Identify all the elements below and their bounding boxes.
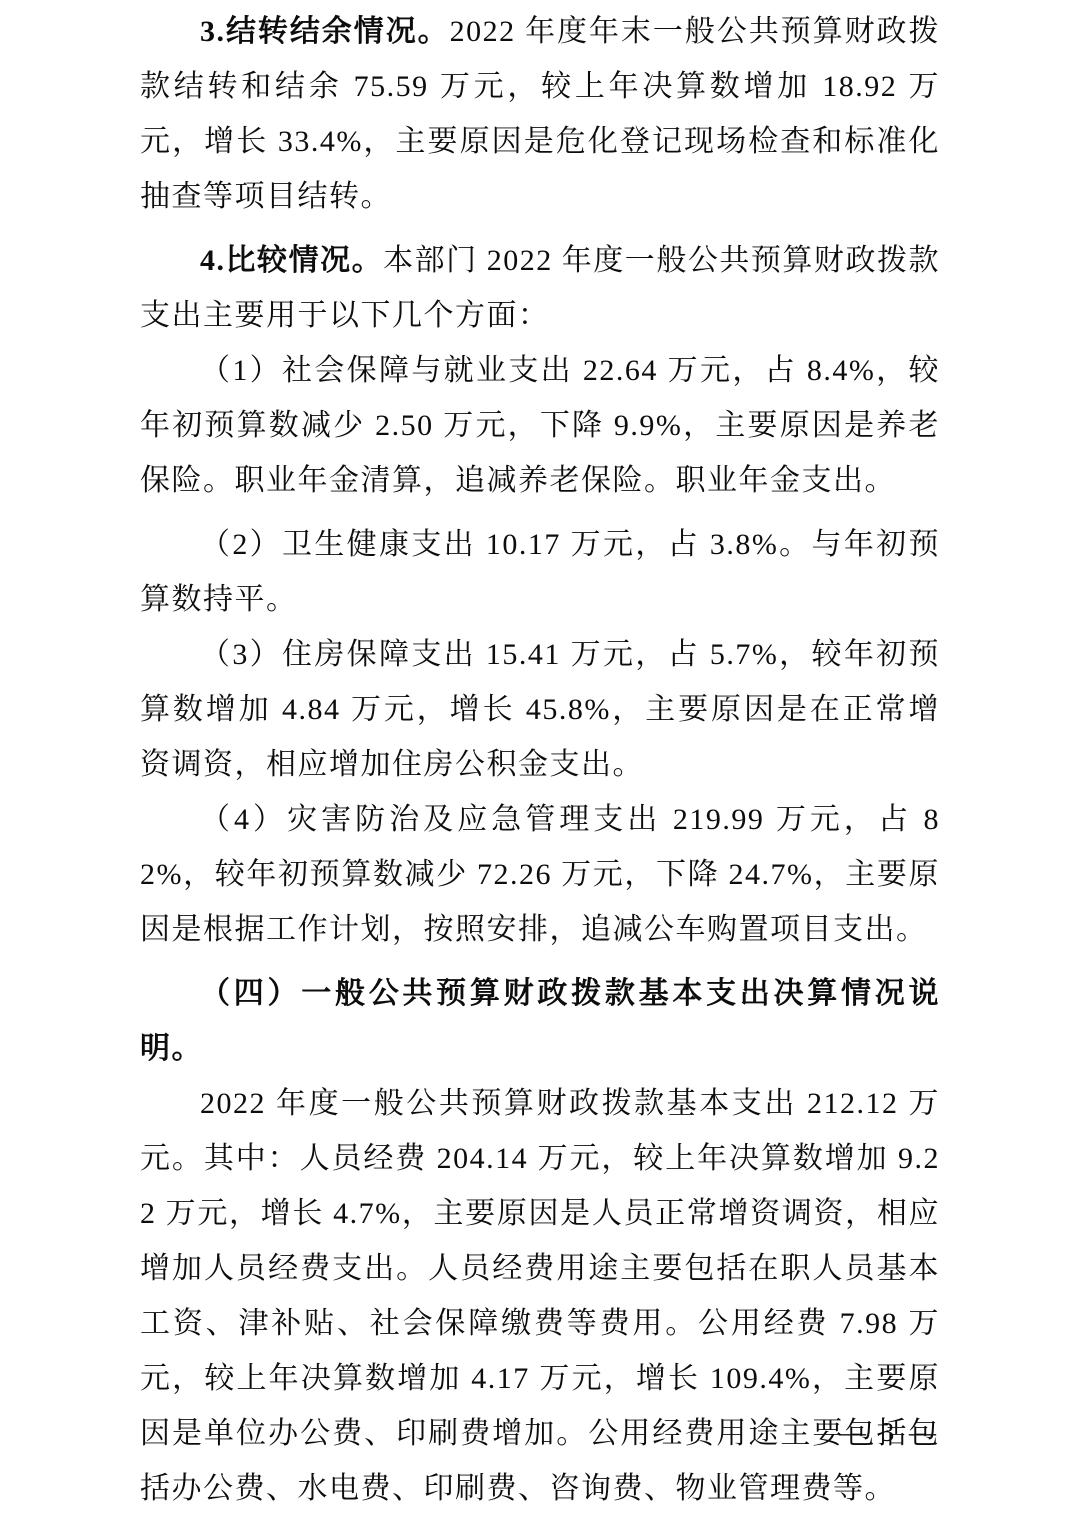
heading-bold-text: （四）一般公共预算财政拨款基本支出决算情况说明。 [140,977,940,1065]
paragraph-text: 2022 年度一般公共预算财政拨款基本支出 212.12 万元。其中：人员经费 … [140,1087,940,1505]
page-number: — 3 — [839,1417,940,1448]
paragraph-bold-lead: 4.比较情况。 [200,244,383,277]
paragraph-comparison: 4.比较情况。本部门 2022 年度一般公共预算财政拨款支出主要用于以下几个方面… [140,233,940,343]
paragraph-item-4-disaster-emergency: （4）灾害防治及应急管理支出 219.99 万元，占 82%，较年初预算数减少 … [140,792,940,957]
paragraph-bold-lead: 3.结转结余情况。 [200,15,450,48]
paragraph-basic-expenditure-detail: 2022 年度一般公共预算财政拨款基本支出 212.12 万元。其中：人员经费 … [140,1076,940,1516]
paragraph-text: （4）灾害防治及应急管理支出 219.99 万元，占 82%，较年初预算数减少 … [140,803,940,946]
heading-section-4-basic-expenditure: （四）一般公共预算财政拨款基本支出决算情况说明。 [140,966,940,1076]
paragraph-item-3-housing: （3）住房保障支出 15.41 万元，占 5.7%，较年初预算数增加 4.84 … [140,627,940,792]
paragraph-item-1-social-security: （1）社会保障与就业支出 22.64 万元，占 8.4%，较年初预算数减少 2.… [140,343,940,508]
paragraph-item-2-health: （2）卫生健康支出 10.17 万元，占 3.8%。与年初预算数持平。 [140,517,940,627]
paragraph-text: （2）卫生健康支出 10.17 万元，占 3.8%。与年初预算数持平。 [140,528,940,616]
paragraph-text: （3）住房保障支出 15.41 万元，占 5.7%，较年初预算数增加 4.84 … [140,638,940,781]
paragraph-carryover-balance: 3.结转结余情况。2022 年度年末一般公共预算财政拨款结转和结余 75.59 … [140,4,940,224]
paragraph-text: （1）社会保障与就业支出 22.64 万元，占 8.4%，较年初预算数减少 2.… [140,354,940,497]
document-body: 3.结转结余情况。2022 年度年末一般公共预算财政拨款结转和结余 75.59 … [140,4,940,1516]
document-page: 3.结转结余情况。2022 年度年末一般公共预算财政拨款结转和结余 75.59 … [0,0,1074,1520]
